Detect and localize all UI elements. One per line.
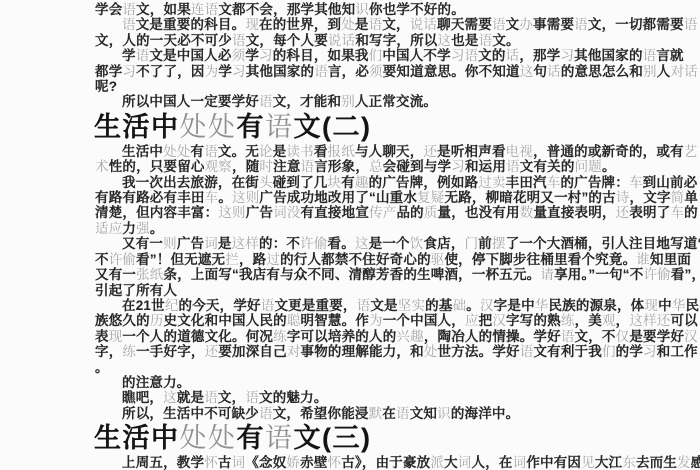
dark-character-run: 其他国家的 (246, 64, 315, 79)
dark-character-run: 享用。”一句“不 (554, 267, 643, 282)
light-character-run: 还 (616, 205, 630, 220)
dark-character-run: 量直接表明， (533, 205, 615, 220)
light-character-run: 趣 (355, 175, 369, 190)
dark-character-run: 有 (237, 423, 266, 453)
dark-character-run: 有路有路必有丰田 (95, 190, 205, 205)
dark-character-run: 古 (218, 455, 232, 470)
dark-character-run: ，那学 (519, 48, 560, 63)
light-character-run: 话 (506, 48, 520, 63)
dark-character-run: 民 (686, 298, 700, 313)
dark-character-run: 赤壁 (300, 455, 327, 470)
dark-character-run: 文，每个人要 (246, 33, 328, 48)
dark-character-run: 又有一 (122, 236, 163, 251)
document-text-body: 学会语文，如果连语文都不会，那学其他知识你也学不好的。语文是重要的科目。现在的世… (95, 2, 694, 470)
dark-character-run: 和工作 (657, 344, 698, 359)
dark-character-run: 也是 (451, 33, 478, 48)
light-character-run: 这 (355, 236, 369, 251)
light-character-run: 问题 (575, 159, 602, 174)
dark-character-run: 清楚，但内容丰富： (95, 205, 218, 220)
text-line: 不许偷看”！但无遮无拦，路过的行人都禁不住好奇心的驱使，停下脚步往桶里看个究竟。… (95, 252, 694, 267)
light-character-run: 处处 (180, 423, 237, 453)
light-character-run: 汉 (492, 313, 506, 328)
light-character-run: 们 (369, 48, 383, 63)
dark-character-run: 都学 (95, 64, 122, 79)
light-character-run: 练 (561, 313, 575, 328)
dark-character-run: 单 (684, 190, 698, 205)
light-character-run: 这则 (232, 190, 259, 205)
light-character-run: 车 (205, 190, 219, 205)
dark-character-run: 文是重要的科目。 (136, 17, 246, 32)
light-character-run: 质 (424, 205, 438, 220)
dark-character-run: 族悠久的 (95, 313, 150, 328)
light-character-run: 历 (150, 313, 164, 328)
light-character-run: 习 (122, 64, 136, 79)
dark-character-run: 感 (691, 455, 700, 470)
light-character-run: 娇 (286, 455, 300, 470)
light-character-run: 语 (265, 423, 294, 453)
light-character-run: 这 (438, 33, 452, 48)
light-character-run: 则 (163, 236, 177, 251)
light-character-run: 车 (547, 175, 561, 190)
dark-character-run: 事物的理解能力，和 (301, 344, 424, 359)
dark-character-run: 上周五，教学 (122, 455, 204, 470)
dark-character-run: 可以 (670, 313, 697, 328)
light-character-run: 观 (602, 313, 616, 328)
light-character-run: 块 (328, 175, 342, 190)
dark-character-run: 在的世界，到 (259, 17, 341, 32)
light-character-run: 许偷 (300, 236, 327, 251)
dark-character-run: 使，停下脚步往桶里看个究竟。 (444, 252, 636, 267)
dark-character-run: 中国人不学 (382, 48, 451, 63)
light-character-run: 语 (520, 344, 534, 359)
light-character-run: 派 (430, 455, 444, 470)
dark-character-run: 在21世 (122, 298, 165, 313)
light-character-run: 应 (465, 313, 479, 328)
dark-character-run: 文，才能和 (273, 94, 342, 109)
dark-character-run: 和写字，所以 (355, 33, 437, 48)
dark-character-run: 条，上面写“我店有与众不同、清醇芳香的生啤酒，一杯五元。 (164, 267, 541, 282)
dark-character-run: 文知 (410, 406, 437, 421)
light-character-run: 别 (341, 94, 355, 109)
light-character-run: 复疑 (417, 190, 444, 205)
text-line: 有路有路必有丰田车。这则广告成功地改用了“山重水复疑无路，柳暗花明又一村”的古诗… (95, 190, 694, 205)
dark-character-run: 的行人都禁不住好奇心的 (280, 252, 431, 267)
dark-character-run: 广告 (246, 205, 273, 220)
dark-character-run: 与人聊天， (355, 144, 424, 159)
text-line: 又有一则广告词是这样的：不许偷看。这是一个饮食店，门前摆了一个大酒桶，引人注目地… (95, 236, 694, 251)
dark-character-run: 看。 (328, 236, 355, 251)
text-line: 学语文是中国人必须学习的科目，如果我们中国人不学习语文的话，那学习其他国家的语言… (95, 48, 694, 63)
light-character-run: 数 (520, 205, 534, 220)
light-character-run: 语 (122, 17, 136, 32)
text-line: 瞧吧，这就是语文，语文的魅力。 (95, 390, 694, 405)
dark-character-run: 要加深自己 (218, 344, 287, 359)
dark-character-run: 是 (218, 236, 232, 251)
light-character-run: 语 (265, 112, 294, 142)
text-line: 在21世纪的今天，学好语文更是重要，语文是坚实的基础。汉字是中华民族的源泉，体现… (95, 298, 694, 313)
dark-character-run: 是一个 (369, 236, 410, 251)
light-character-run: 语 (204, 390, 218, 405)
dark-character-run: 言就 (656, 48, 683, 63)
text-line: 引起了所有人 (95, 283, 694, 298)
light-character-run: 这样 (232, 236, 259, 251)
dark-character-run: 文的 (478, 48, 505, 63)
text-line: 上周五，教学怀古词《念奴娇赤壁怀古》，由于豪放派大词人，在词作中有因见大江东去而… (95, 455, 694, 470)
light-character-run: 总 (369, 159, 383, 174)
dark-character-run: 文是 (370, 298, 397, 313)
dark-character-run: 人，在 (472, 455, 513, 470)
light-character-run: 须 (369, 64, 383, 79)
dark-character-run: 所以中国人一定要学好 (122, 94, 259, 109)
light-character-run: 词 (513, 455, 527, 470)
light-character-run: 语 (479, 33, 493, 48)
dark-character-run: 的：不 (259, 236, 300, 251)
light-character-run: 词 (232, 455, 246, 470)
light-character-run: 适应 (95, 221, 122, 236)
dark-character-run: 的 (684, 205, 698, 220)
text-line: 表现一个人的道德文化。何况练字可以培养的人的兴趣，陶冶人的情操。学好语文，不仅是… (95, 329, 694, 344)
dark-character-run: 文，一切都需要 (588, 17, 684, 32)
dark-character-run: 不了了，因 (136, 64, 205, 79)
dark-character-run: 会碰到与学 (383, 159, 452, 174)
dark-character-run: 到山前必 (643, 175, 698, 190)
light-character-run: 兴趣 (396, 329, 423, 344)
light-character-run: 别 (643, 64, 657, 79)
text-line: 所以，生活中不可缺少语文，希望你能浸默在语文知识的海洋中。 (95, 406, 694, 421)
dark-character-run: 文， (218, 390, 245, 405)
dark-character-run: 。 (602, 159, 616, 174)
light-character-run: 艺 (684, 144, 698, 159)
dark-character-run: 的意思怎么和 (561, 64, 643, 79)
dark-character-run: 世方法。学好 (438, 344, 520, 359)
dark-character-run: 食店， (423, 236, 464, 251)
text-line: 我一次出去旅游，在街头碰到了几块有趣的广告牌，例如路过卖丰田汽车的广告牌：车到山… (95, 175, 694, 190)
light-character-run: 话 (547, 64, 561, 79)
text-line: 字，练一手好字，还要加深自己对事物的理解能力，和处世方法。学好语文有利于我们的学… (95, 344, 694, 359)
dark-character-run: 学 (122, 48, 136, 63)
light-character-run: 础 (453, 298, 467, 313)
dark-character-run: 生活中 (122, 144, 163, 159)
light-character-run: 读书 (286, 144, 313, 159)
dark-character-run: 的学 (616, 344, 643, 359)
light-character-run: 强 (136, 221, 150, 236)
dark-character-run: 又有一 (95, 267, 136, 282)
light-character-run: 发 (677, 455, 691, 470)
light-character-run: 车 (670, 205, 684, 220)
dark-character-run: 碰到了几 (273, 175, 328, 190)
dark-character-run: 。 (95, 360, 109, 375)
dark-character-run: 生活中 (94, 112, 180, 142)
light-character-run: 张纸 (136, 267, 163, 282)
dark-character-run: 言，必 (328, 64, 369, 79)
text-line: 清楚，但内容丰富：这则广告词没有直接地宣传产品的质量，也没有用数量直接表明，还表… (95, 205, 694, 220)
text-line: 语文是重要的科目。现在的世界，到处是语文，说话聊天需要语文办事需要语文，一切都需… (95, 17, 694, 32)
light-character-run: 坚实 (398, 298, 425, 313)
text-line: 学会语文，如果连语文都不会，那学其他知识你也学不好的。 (95, 2, 694, 17)
light-character-run: 现 (109, 329, 123, 344)
dark-character-run: 的科目，如果我 (273, 48, 369, 63)
light-character-run: 连语 (191, 2, 218, 17)
light-character-run: 拦 (225, 252, 239, 267)
text-line: 都学习不了了，因为学习其他国家的语言，必须要知道意思。你不知道这句话的意思怎么和… (95, 64, 694, 79)
light-character-run: 这 (520, 64, 534, 79)
light-character-run: 许偷 (643, 267, 670, 282)
light-character-run: 练 (122, 344, 136, 359)
light-character-run: 这 (163, 390, 177, 405)
dark-character-run: 字写的熟 (506, 313, 561, 328)
light-character-run: 习 (643, 344, 657, 359)
light-character-run: 须 (232, 48, 246, 63)
text-line: 的注意力。 (95, 375, 694, 390)
dark-character-run: 有 (237, 112, 266, 142)
light-character-run: 语 (314, 64, 328, 79)
light-character-run: 饮 (410, 236, 424, 251)
dark-character-run: 的注意力。 (122, 375, 191, 390)
dark-character-run: 中 (658, 298, 672, 313)
dark-character-run: 丰田汽 (506, 175, 547, 190)
light-character-run: 头 (259, 175, 273, 190)
dark-character-run: 力 (122, 221, 136, 236)
dark-character-run: 文(二) (294, 112, 372, 142)
dark-character-run: 的广告牌： (560, 175, 629, 190)
light-character-run: 对话 (670, 64, 697, 79)
dark-character-run: 。 (218, 190, 232, 205)
light-character-run: 驱 (431, 252, 445, 267)
dark-character-run: 字， (95, 344, 122, 359)
light-character-run: 现 (245, 17, 259, 32)
light-character-run: 语 (122, 2, 136, 17)
light-character-run: 语 (259, 406, 273, 421)
dark-character-run: 品的 (396, 205, 423, 220)
dark-character-run: ，普通的或新奇的，或有 (533, 144, 684, 159)
light-character-run: 说话 (328, 33, 355, 48)
light-character-run: 汉 (684, 329, 698, 344)
dark-character-run: 有 (191, 144, 205, 159)
dark-character-run: 一个中国人， (383, 313, 465, 328)
light-character-run: 习 (232, 64, 246, 79)
light-character-run: 练 (273, 329, 287, 344)
light-character-run: 还 (423, 144, 437, 159)
text-line: 。 (95, 360, 694, 375)
light-character-run: 传产 (369, 205, 396, 220)
dark-character-run: 你也学不好的。 (369, 2, 465, 17)
light-character-run: 语 (643, 48, 657, 63)
dark-character-run: 文有利于我 (533, 344, 602, 359)
dark-character-run: 一个人的道德文化。何况 (122, 329, 273, 344)
light-character-run: 这则 (218, 205, 245, 220)
light-character-run: 谁 (636, 252, 650, 267)
light-character-run: 识 (437, 406, 451, 421)
dark-character-run: 是要学好 (629, 329, 684, 344)
dark-character-run: 广告 (177, 236, 204, 251)
dark-character-run: 所以，生活中不可缺少 (122, 406, 259, 421)
light-character-run: 语 (245, 390, 259, 405)
dark-character-run: 古》，由于豪放 (341, 455, 430, 470)
dark-character-run: ，美 (575, 313, 602, 328)
light-character-run: 怀 (328, 455, 342, 470)
dark-character-run: 文。无 (218, 144, 259, 159)
dark-character-run: 大江 (595, 455, 622, 470)
dark-character-run: 言形象， (314, 159, 369, 174)
light-character-run: 语 (396, 406, 410, 421)
light-character-run: 语 (684, 17, 698, 32)
text-line: 适应力强。 (95, 221, 694, 236)
light-character-run: 习 (560, 48, 574, 63)
light-character-run: 时 (259, 159, 273, 174)
dark-character-run: 文，希望你能浸 (273, 406, 369, 421)
light-character-run: 词没 (273, 205, 300, 220)
dark-character-run: 前 (478, 236, 492, 251)
dark-character-run: 其他国家的 (574, 48, 643, 63)
dark-character-run: 文(三) (294, 423, 372, 453)
dark-character-run: 把 (479, 313, 493, 328)
light-character-run: 语 (506, 159, 520, 174)
light-character-run: 语 (561, 329, 575, 344)
dark-character-run: ，随 (232, 159, 259, 174)
dark-character-run: 量，也没有用 (438, 205, 520, 220)
dark-character-run: 人正常交流。 (355, 94, 437, 109)
dark-character-run: 文的魅力。 (259, 390, 328, 405)
light-character-run: 华 (672, 298, 686, 313)
dark-character-run: 的海洋中。 (451, 406, 520, 421)
dark-character-run: 字可以培养的人的 (287, 329, 397, 344)
light-character-run: 语 (261, 298, 275, 313)
light-character-run: 车 (629, 175, 643, 190)
dark-character-run: 看 (314, 144, 328, 159)
light-character-run: 观察 (205, 159, 232, 174)
dark-character-run: ，陶冶人的情操。学好 (424, 329, 561, 344)
dark-character-run: 就是 (177, 390, 204, 405)
light-character-run: 论 (259, 144, 273, 159)
light-character-run: 识 (355, 2, 369, 17)
dark-character-run: 学会 (95, 2, 122, 17)
light-character-run: 术 (95, 159, 109, 174)
dark-character-run: 学 (245, 48, 259, 63)
text-line: 所以中国人一定要学好语文，才能和别人正常交流。 (95, 94, 694, 109)
light-character-run: 处 (424, 344, 438, 359)
light-character-run: 纪 (165, 298, 179, 313)
dark-character-run: 文，人的一天必不可少 (95, 33, 232, 48)
light-character-run: 现 (644, 298, 658, 313)
dark-character-run: 是 (355, 17, 369, 32)
light-character-run: 汉 (480, 298, 494, 313)
dark-character-run: 是听相声看 (437, 144, 506, 159)
light-character-run: 见 (581, 455, 595, 470)
light-character-run: 习 (259, 48, 273, 63)
light-character-run: 处 (341, 17, 355, 32)
light-character-run: 办 (519, 17, 533, 32)
text-line: 又有一张纸条，上面写“我店有与众不同、清醇芳香的生啤酒，一杯五元。请享用。”一句… (95, 267, 694, 282)
dark-character-run: 文有关的 (520, 159, 575, 174)
light-character-run: 语 (259, 94, 273, 109)
dark-character-run: 。 (466, 298, 480, 313)
dark-character-run: 学 (218, 64, 232, 79)
light-character-run: 们 (602, 344, 616, 359)
light-character-run: 聪 (287, 313, 301, 328)
light-character-run: 习 (451, 159, 465, 174)
dark-character-run: 去而生 (636, 455, 677, 470)
dark-character-run: 《念奴 (245, 455, 286, 470)
light-character-run: 处处 (163, 144, 190, 159)
dark-character-run: 明智慧。作 (301, 313, 370, 328)
dark-character-run: ，文字 (630, 190, 671, 205)
dark-character-run: ， (616, 313, 630, 328)
light-character-run: 请 (540, 267, 554, 282)
text-line: 术性的，只要留心观察，随时注意语言形象，总会碰到与学习和运用语文有关的问题。 (95, 159, 694, 174)
light-character-run: 怀 (204, 455, 218, 470)
dark-character-run: 字是中 (494, 298, 535, 313)
dark-character-run: 聊天需要 (437, 17, 492, 32)
dark-character-run: 我一次出去旅游，在街 (122, 175, 259, 190)
dark-character-run: 性的，只要留心 (109, 159, 205, 174)
dark-character-run: 引起了所有人 (95, 283, 177, 298)
light-character-run: 仅 (616, 329, 630, 344)
dark-character-run: 生活中 (94, 423, 180, 453)
light-character-run: 语 (136, 48, 150, 63)
light-character-run: 报纸 (328, 144, 355, 159)
dark-character-run: 文都不会，那学其他知 (218, 2, 355, 17)
dark-character-run: 是 (273, 144, 287, 159)
dark-character-run: 表明了 (629, 205, 670, 220)
light-character-run: 语 (369, 17, 383, 32)
dark-character-run: 要知道意思。你不知道 (383, 64, 520, 79)
dark-character-run: 不 (95, 252, 109, 267)
text-line: 生活中处处有语文。无论是读书看报纸与人聊天，还是听相声看电视，普通的或新奇的，或… (95, 144, 694, 159)
dark-character-run: 文， (382, 17, 409, 32)
dark-character-run: 知里面 (650, 252, 691, 267)
dark-character-run: 看”， (671, 267, 700, 282)
section-heading: 生活中处处有语文(二) (94, 112, 694, 142)
dark-character-run: 民族的源泉，体 (548, 298, 644, 313)
dark-character-run: 一手好字， (136, 344, 205, 359)
dark-character-run: 表 (95, 329, 109, 344)
dark-character-run: 看”！但无遮无 (136, 252, 225, 267)
text-line: 呢? (95, 79, 694, 94)
light-character-run: 电视 (506, 144, 533, 159)
light-character-run: 习语 (451, 48, 478, 63)
light-character-run: 词 (204, 236, 218, 251)
dark-character-run: 史文化和中国人民的 (164, 313, 287, 328)
light-character-run: 默 (369, 406, 383, 421)
dark-character-run: 有 (341, 175, 355, 190)
dark-character-run: 文，不 (575, 329, 616, 344)
light-character-run: 对 (287, 344, 301, 359)
dark-character-run: 文，如果 (136, 2, 191, 17)
dark-character-run: 了一个大酒桶，引人注目地写道“ (506, 236, 700, 251)
dark-character-run: 注意 (273, 159, 300, 174)
light-character-run: 说话 (410, 17, 437, 32)
light-character-run: 门 (465, 236, 479, 251)
dark-character-run: 文 (506, 17, 520, 32)
light-character-run: 为 (369, 313, 383, 328)
light-character-run: 语 (574, 17, 588, 32)
dark-character-run: 无路，柳暗花明又一村”的古 (444, 190, 615, 205)
dark-character-run: 瞧吧， (122, 390, 163, 405)
light-character-run: 词 (458, 455, 472, 470)
dark-character-run: 和运用 (465, 159, 506, 174)
light-character-run: 华 (535, 298, 549, 313)
light-character-run: 简 (671, 190, 685, 205)
dark-character-run: 文更是重要， (274, 298, 356, 313)
dark-character-run: 广告成功地改用了“山重水 (259, 190, 417, 205)
dark-character-run: 作中有因 (526, 455, 581, 470)
light-character-run: 诗 (616, 190, 630, 205)
dark-character-run: 文。 (492, 33, 519, 48)
dark-character-run: 人 (657, 64, 671, 79)
light-character-run: 还 (205, 344, 219, 359)
light-character-run: 过 (266, 252, 280, 267)
dark-character-run: 事需要 (533, 17, 574, 32)
